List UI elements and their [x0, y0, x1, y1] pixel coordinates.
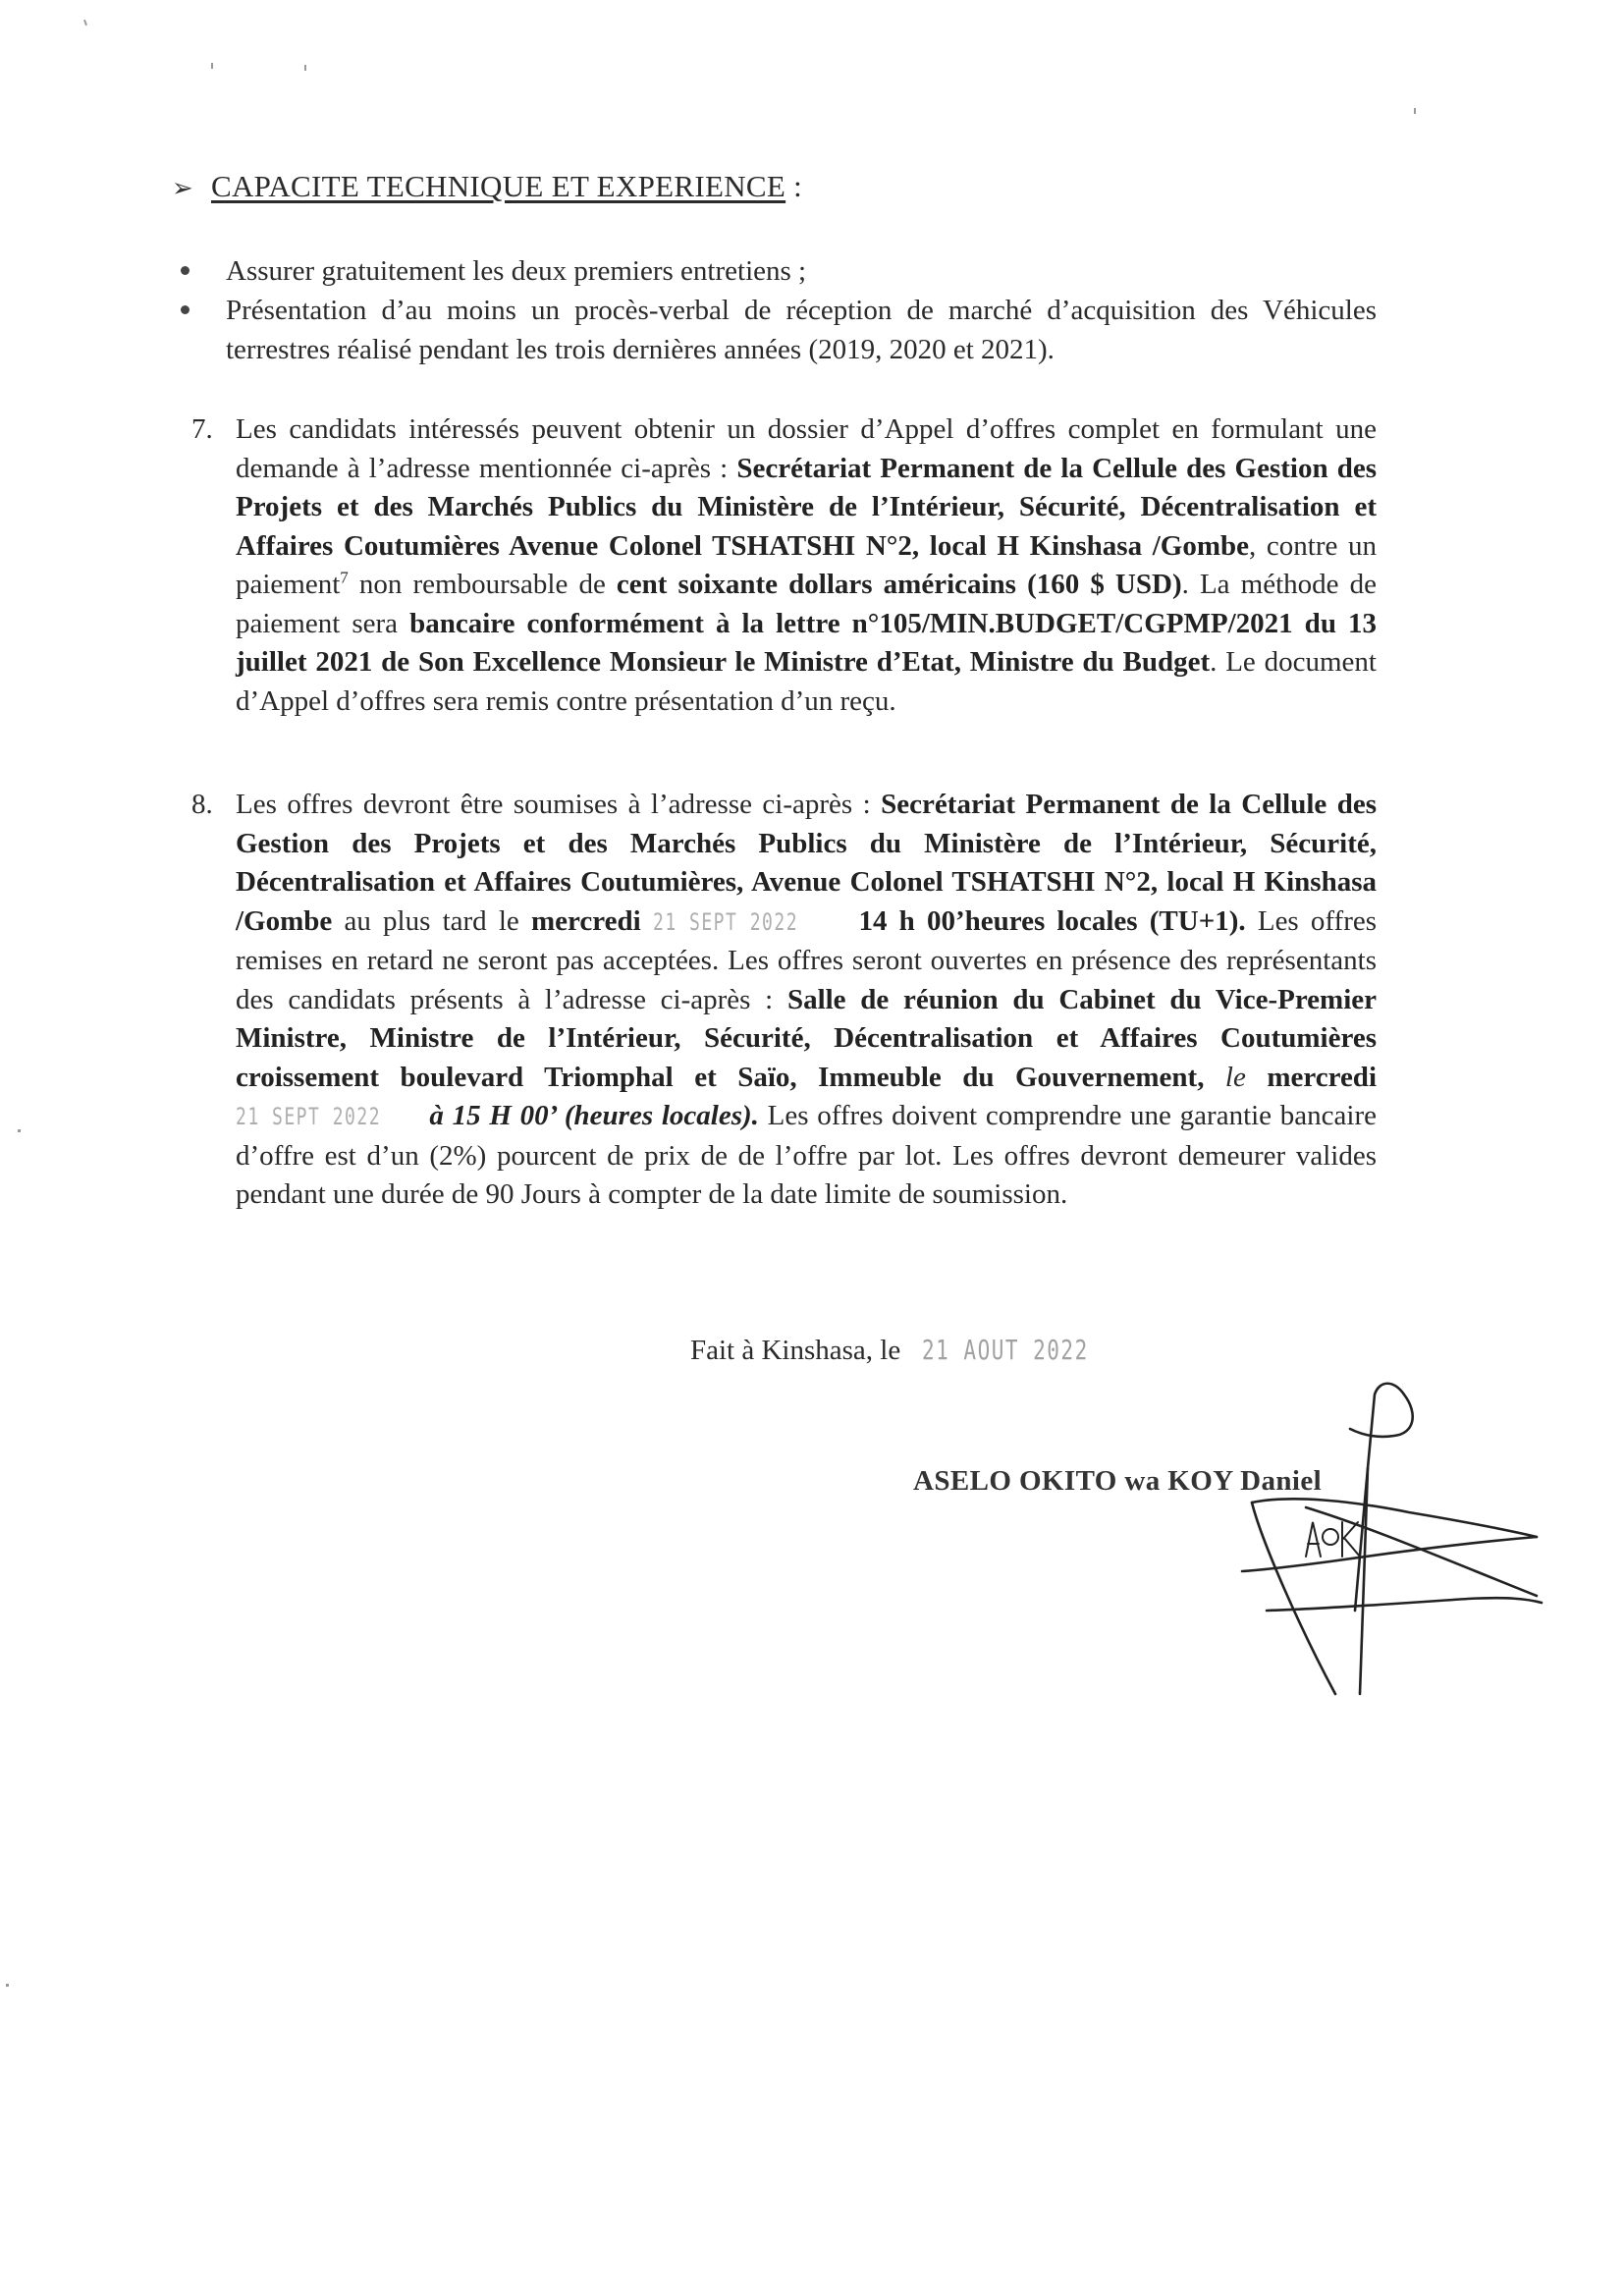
- paragraph-body: Les candidats intéressés peuvent obtenir…: [236, 410, 1377, 721]
- paragraph-body: Les offres devront être soumises à l’adr…: [236, 786, 1377, 1215]
- list-item: Présentation d’au moins un procès-verbal…: [177, 291, 1377, 369]
- fee-amount: cent soixante dollars américains (160 $ …: [617, 569, 1182, 600]
- arrow-bullet-icon: ➢: [172, 174, 211, 203]
- requirements-list: Assurer gratuitement les deux premiers e…: [177, 251, 1377, 369]
- opening-time: à 15 H 00’ (heures locales).: [429, 1100, 759, 1131]
- deadline-time: 14 h 00’heures locales (TU+1).: [858, 905, 1245, 937]
- paragraph-8: 8. Les offres devront être soumises à l’…: [191, 786, 1377, 1215]
- place-and-date: Fait à Kinshasa, le21 AOUT 2022: [690, 1334, 1145, 1367]
- date-stamp: 21 SEPT 2022: [653, 903, 798, 943]
- date-stamp: 21 SEPT 2022: [236, 1098, 381, 1137]
- bullet-dot-icon: [181, 305, 189, 314]
- footnote-marker: 7: [340, 568, 349, 586]
- paragraph-number: 8.: [191, 786, 231, 825]
- section-heading-text: CAPACITE TECHNIQUE ET EXPERIENCE: [211, 169, 785, 203]
- list-item: Assurer gratuitement les deux premiers e…: [177, 251, 1377, 291]
- paragraph-7: 7. Les candidats intéressés peuvent obte…: [191, 410, 1377, 721]
- document-page: ➢CAPACITE TECHNIQUE ET EXPERIENCE : Assu…: [0, 0, 1624, 2296]
- bullet-dot-icon: [181, 266, 189, 275]
- section-heading: ➢CAPACITE TECHNIQUE ET EXPERIENCE :: [172, 169, 802, 204]
- paragraph-number: 7.: [191, 410, 231, 450]
- date-stamp: 21 AOUT 2022: [922, 1334, 1089, 1366]
- handwritten-signature: [1213, 1375, 1546, 1699]
